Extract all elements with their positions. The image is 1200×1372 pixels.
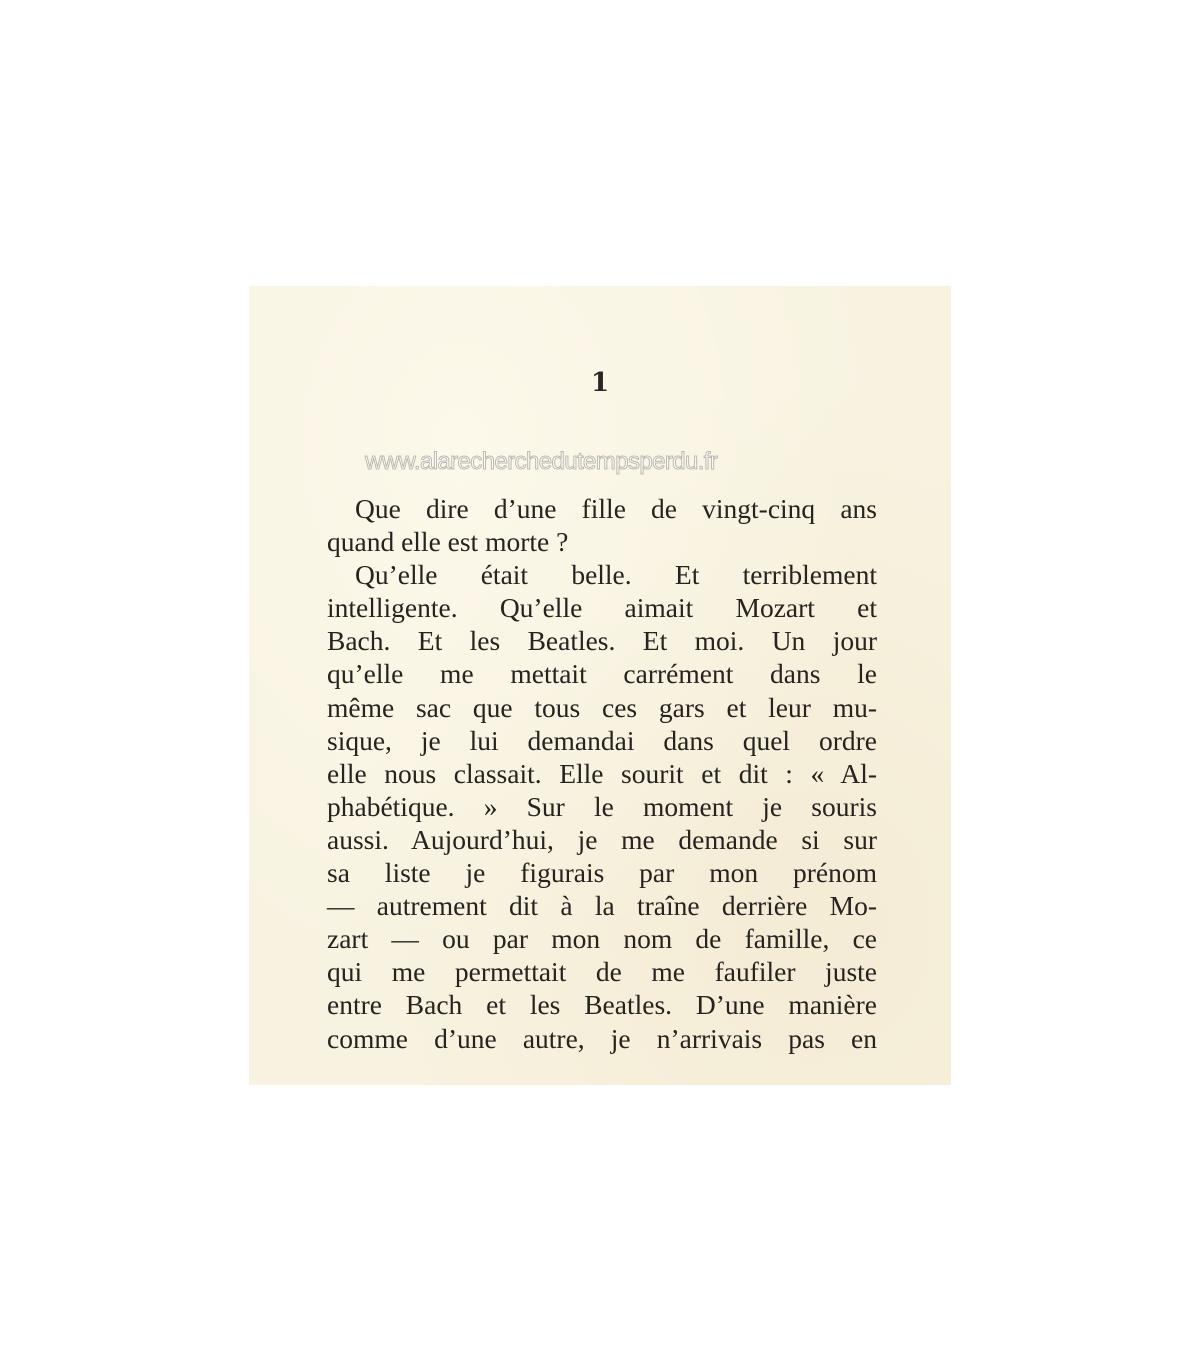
text-line: — autrement dit à la traîne derrière Mo- — [327, 889, 877, 922]
text-line: elle nous classait. Elle sourit et dit :… — [327, 757, 877, 790]
text-line: sa liste je figurais par mon prénom — [327, 856, 877, 889]
text-line: Bach. Et les Beatles. Et moi. Un jour — [327, 624, 877, 657]
chapter-number: 1 — [249, 368, 951, 398]
text-line: comme d’une autre, je n’arrivais pas en — [327, 1022, 877, 1055]
text-line: entre Bach et les Beatles. D’une manière — [327, 988, 877, 1021]
text-line: zart — ou par mon nom de famille, ce — [327, 922, 877, 955]
text-line: aussi. Aujourd’hui, je me demande si sur — [327, 823, 877, 856]
text-line: qui me permettait de me faufiler juste — [327, 955, 877, 988]
text-line: Qu’elle était belle. Et terriblement — [327, 558, 877, 591]
text-line: même sac que tous ces gars et leur mu- — [327, 691, 877, 724]
text-line: quand elle est morte ? — [327, 525, 877, 558]
watermark: www.alarecherchedutempsperdu.fr — [365, 448, 717, 476]
body-text: Que dire d’une fille de vingt-cinq ans q… — [327, 492, 877, 1055]
text-line: phabétique. » Sur le moment je souris — [327, 790, 877, 823]
text-line: Que dire d’une fille de vingt-cinq ans — [327, 492, 877, 525]
text-line: qu’elle me mettait carrément dans le — [327, 657, 877, 690]
text-line: sique, je lui demandai dans quel ordre — [327, 724, 877, 757]
book-page: 1 www.alarecherchedutempsperdu.fr Que di… — [249, 286, 951, 1085]
text-line: intelligente. Qu’elle aimait Mozart et — [327, 591, 877, 624]
